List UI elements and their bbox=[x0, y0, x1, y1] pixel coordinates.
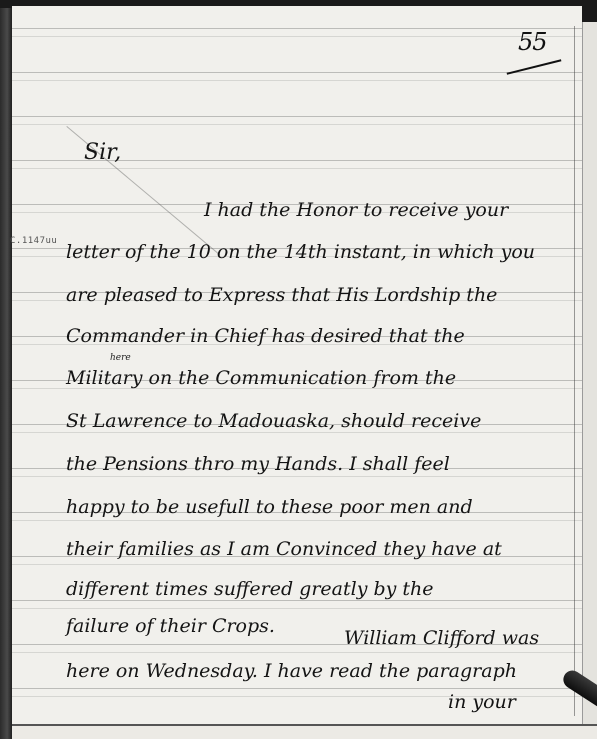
archival-stamp: C.1147uu bbox=[10, 236, 57, 246]
scan-bottom-edge bbox=[12, 724, 597, 739]
letter-line-5: Military on the Communication from the bbox=[66, 367, 456, 389]
letter-line-2: letter of the 10 on the 14th instant, in… bbox=[66, 241, 535, 263]
letter-line-8: happy to be usefull to these poor men an… bbox=[66, 496, 473, 518]
letter-line-13: here on Wednesday. I have read the parag… bbox=[66, 660, 517, 682]
letter-line-9: their families as I am Convinced they ha… bbox=[66, 538, 502, 560]
letter-line-3: are pleased to Express that His Lordship… bbox=[66, 284, 497, 306]
letter-line-10: different times suffered greatly by the bbox=[66, 578, 434, 600]
page-number: 55 bbox=[518, 28, 547, 56]
letter-line-11: failure of their Crops. bbox=[66, 615, 275, 637]
scan-left-edge bbox=[0, 0, 12, 739]
interlinear-insertion: here bbox=[110, 353, 131, 363]
letter-line-6: St Lawrence to Madouaska, should receive bbox=[66, 410, 481, 432]
letter-line-4: Commander in Chief has desired that the bbox=[66, 325, 465, 347]
letter-line-12: William Clifford was bbox=[344, 627, 539, 649]
margin-rule bbox=[574, 26, 575, 716]
scan-right-edge bbox=[582, 22, 597, 739]
salutation: Sir, bbox=[84, 140, 121, 165]
letter-line-14: in your bbox=[448, 691, 516, 713]
letter-line-1: I had the Honor to receive your bbox=[204, 199, 508, 221]
letter-line-7: the Pensions thro my Hands. I shall feel bbox=[66, 453, 450, 475]
